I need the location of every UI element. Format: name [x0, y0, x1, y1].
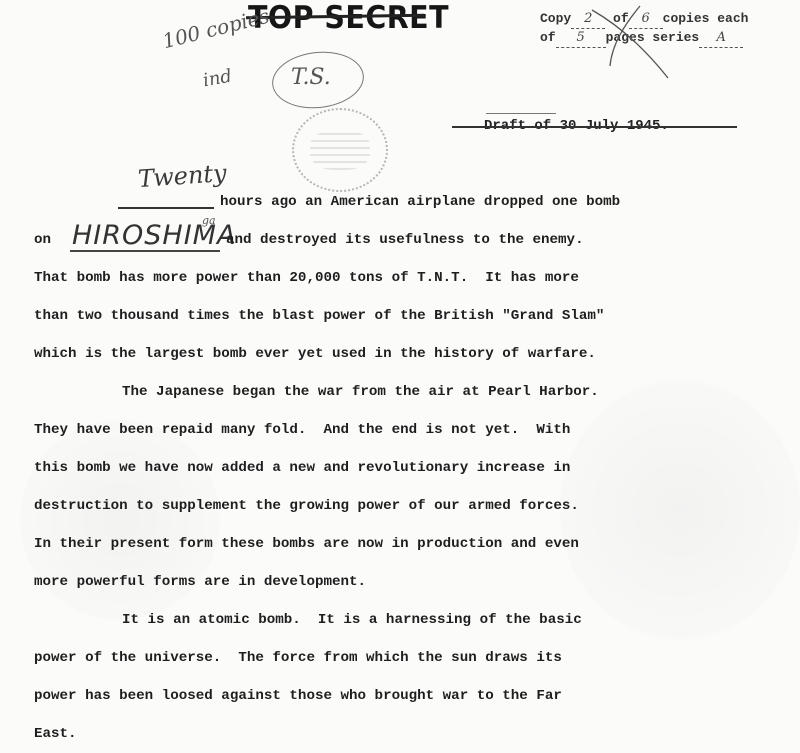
body-line: They have been repaid many fold. And the…: [34, 420, 570, 440]
copies-each-label: copies each: [663, 11, 749, 26]
draft-date-strikethrough: [452, 126, 737, 128]
body-line: The Japanese began the war from the air …: [122, 382, 599, 402]
body-line: more powerful forms are in development.: [34, 572, 366, 592]
body-line: East.: [34, 724, 77, 744]
body-line: power has been loosed against those who …: [34, 686, 562, 706]
body-line: It is an atomic bomb. It is a harnessing…: [122, 610, 582, 630]
handwritten-ts-marking: T.S.: [291, 65, 331, 90]
body-line: hours ago an American airplane dropped o…: [220, 192, 620, 212]
body-line: on: [34, 230, 51, 250]
handwritten-time-fill: Twenty: [137, 159, 227, 193]
stamp-text-area: [310, 130, 370, 170]
handwritten-cross-mark-icon: [590, 4, 670, 80]
handwritten-copies-note: 100 copies: [160, 4, 272, 54]
draft-handwritten-mark: [486, 113, 556, 114]
body-line: and destroyed its usefulness to the enem…: [226, 230, 584, 250]
rubber-stamp-icon: [292, 108, 388, 192]
handwritten-insertion: ga: [202, 214, 216, 227]
handwritten-ind-note: ind: [201, 66, 233, 92]
city-blank-line: [70, 250, 220, 252]
body-line: this bomb we have now added a new and re…: [34, 458, 570, 478]
time-blank-line: [118, 207, 214, 209]
copy-label: Copy: [540, 11, 571, 26]
body-line: In their present form these bombs are no…: [34, 534, 579, 554]
body-line: than two thousand times the blast power …: [34, 306, 604, 326]
body-line: That bomb has more power than 20,000 ton…: [34, 268, 579, 288]
body-line: power of the universe. The force from wh…: [34, 648, 562, 668]
document-page: TOP SECRET Copy2 of6copies each of5pages…: [0, 0, 800, 753]
body-line: which is the largest bomb ever yet used …: [34, 344, 596, 364]
of-label-2: of: [540, 30, 556, 45]
body-line: destruction to supplement the growing po…: [34, 496, 579, 516]
series-letter: A: [699, 29, 743, 48]
paper-smudge: [560, 380, 800, 640]
